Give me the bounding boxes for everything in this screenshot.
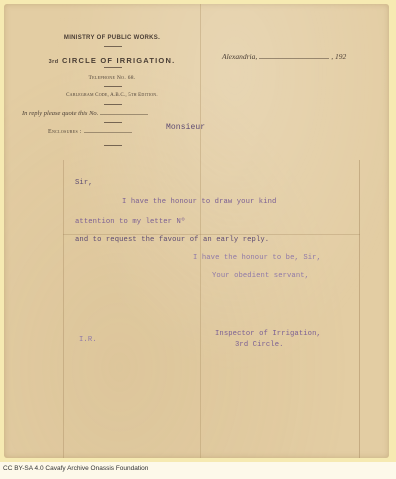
letter-paper: [4, 4, 389, 458]
signature-title-2: 3rd Circle.: [235, 341, 284, 349]
letterhead-cablegram: Cablegram Code, A.B.C., 5th Edition.: [22, 92, 202, 98]
letterhead-divider: [104, 104, 122, 105]
closing-line-2: Your obedient servant,: [212, 272, 309, 280]
letterhead-divider: [104, 67, 122, 68]
enclosures-label: Enclosures :: [48, 129, 82, 135]
frame-left-line: [63, 160, 64, 458]
license-credit: CC BY-SA 4.0 Cavafy Archive Onassis Foun…: [3, 465, 148, 472]
closing-line-1: I have the honour to be, Sir,: [193, 254, 321, 262]
addressee: Monsieur: [166, 123, 205, 132]
enclosures-blank: [84, 132, 132, 133]
body-line-3: and to request the favour of an early re…: [75, 236, 269, 244]
frame-right-line: [359, 160, 360, 458]
letterhead-divider: [104, 86, 122, 87]
horizontal-fold-line: [63, 234, 360, 235]
letterhead-divider: [104, 46, 122, 47]
reply-quote-label: In reply please quote this No.: [22, 110, 98, 117]
signature-title-1: Inspector of Irrigation,: [215, 330, 321, 338]
dateline-place: Alexandria,: [222, 52, 257, 61]
letterhead-circle: 3rd CIRCLE OF IRRIGATION.: [22, 56, 202, 65]
salutation: Sir,: [75, 179, 93, 187]
letterhead-divider: [104, 145, 122, 146]
body-line-1: I have the honour to draw your kind: [122, 198, 276, 206]
letterhead-enclosures: Enclosures :: [48, 129, 132, 135]
vertical-fold-line: [200, 4, 201, 458]
dateline-blank: [259, 58, 329, 59]
reply-number-blank: [100, 114, 148, 115]
body-line-2: attention to my letter Nº: [75, 218, 185, 226]
letterhead-reply-quote: In reply please quote this No.: [22, 110, 148, 117]
letterhead-telephone: Telephone No. 68.: [22, 75, 202, 81]
dateline-year: , 192: [331, 52, 346, 61]
typist-initials: I.R.: [79, 336, 97, 344]
dateline: Alexandria,, 192: [222, 52, 346, 61]
letterhead-circle-title: CIRCLE OF IRRIGATION.: [62, 56, 175, 65]
letterhead-ministry: MINISTRY OF PUBLIC WORKS.: [22, 35, 202, 41]
letterhead-circle-prefix: 3rd: [49, 59, 59, 65]
letterhead-divider: [104, 122, 122, 123]
